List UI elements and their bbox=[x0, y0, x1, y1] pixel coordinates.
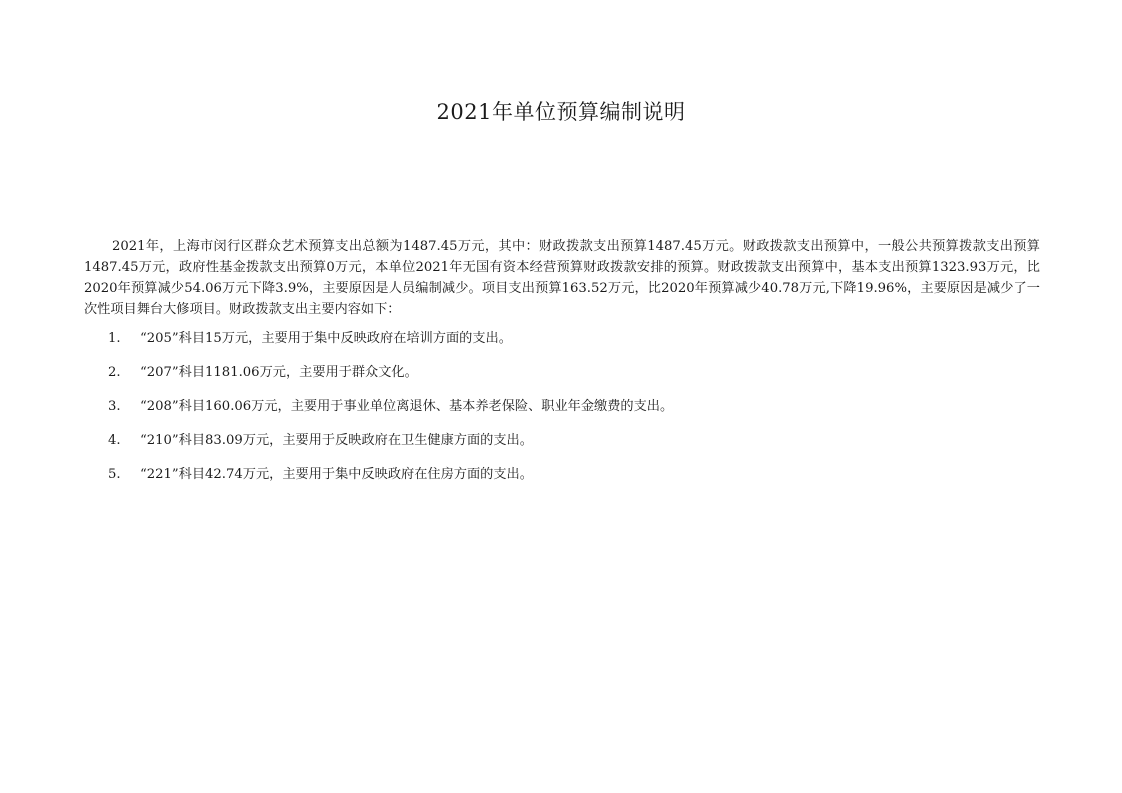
list-item-text: “207”科目1181.06万元，主要用于群众文化。 bbox=[140, 364, 418, 382]
list-item-text: “221”科目42.74万元，主要用于集中反映政府在住房方面的支出。 bbox=[140, 466, 533, 484]
document-title: 2021年单位预算编制说明 bbox=[0, 96, 1122, 126]
expenditure-list: 1. “205”科目15万元，主要用于集中反映政府在培训方面的支出。 2. “2… bbox=[108, 330, 1008, 500]
list-item: 4. “210”科目83.09万元，主要用于反映政府在卫生健康方面的支出。 bbox=[108, 432, 1008, 450]
list-item-number: 1. bbox=[108, 330, 140, 348]
list-item-number: 3. bbox=[108, 398, 140, 416]
list-item-text: “210”科目83.09万元，主要用于反映政府在卫生健康方面的支出。 bbox=[140, 432, 533, 450]
list-item: 1. “205”科目15万元，主要用于集中反映政府在培训方面的支出。 bbox=[108, 330, 1008, 348]
list-item: 3. “208”科目160.06万元，主要用于事业单位离退休、基本养老保险、职业… bbox=[108, 398, 1008, 416]
list-item-number: 5. bbox=[108, 466, 140, 484]
budget-summary-paragraph: 2021年，上海市闵行区群众艺术预算支出总额为1487.45万元，其中：财政拨款… bbox=[84, 236, 1040, 320]
list-item: 5. “221”科目42.74万元，主要用于集中反映政府在住房方面的支出。 bbox=[108, 466, 1008, 484]
list-item-number: 2. bbox=[108, 364, 140, 382]
list-item-text: “208”科目160.06万元，主要用于事业单位离退休、基本养老保险、职业年金缴… bbox=[140, 398, 673, 416]
list-item-number: 4. bbox=[108, 432, 140, 450]
list-item-text: “205”科目15万元，主要用于集中反映政府在培训方面的支出。 bbox=[140, 330, 512, 348]
list-item: 2. “207”科目1181.06万元，主要用于群众文化。 bbox=[108, 364, 1008, 382]
